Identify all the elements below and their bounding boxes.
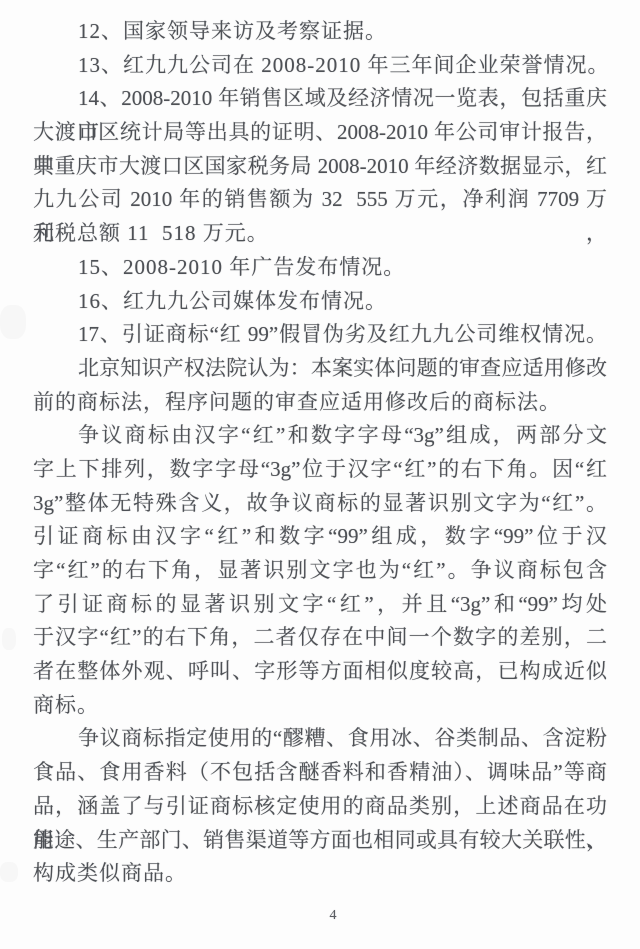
text-line: 3g”整体无特殊含义，故争议商标的显著识别文字为“红”。 — [33, 487, 607, 521]
text-line: 前的商标法，程序问题的审查应适用修改后的商标法。 — [33, 386, 607, 420]
page-number: 4 — [0, 908, 640, 924]
document-page: 12、国家领导来访及考察证据。13、红九九公司在 2008-2010 年三年间企… — [0, 0, 640, 949]
text-line: 了引证商标的显著识别文字“红”，并且“3g”和“99”均处 — [33, 588, 607, 622]
text-line: 商标。 — [33, 689, 607, 723]
text-line: 字“红”的右下角，显著识别文字也为“红”。争议商标包含 — [33, 554, 607, 588]
text-line: 大渡口区统计局等出具的证明、2008-2010 年公司审计报告，其 — [33, 116, 607, 150]
scan-smudge-artifact — [0, 862, 18, 882]
text-line: 争议商标指定使用的“醪糟、食用冰、谷类制品、含淀粉 — [33, 722, 607, 756]
text-line: 者在整体外观、呼叫、字形等方面相似度较高，已构成近似 — [33, 655, 607, 689]
text-line: 九九公司 2010 年的销售额为 32 555 万元，净利润 7709 万元， — [33, 183, 607, 217]
text-line: 引证商标由汉字“红”和数字“99”组成，数字“99”位于汉 — [33, 520, 607, 554]
text-line: 字上下排列，数字字母“3g”位于汉字“红”的右下角。因“红 — [33, 453, 607, 487]
document-text-block: 12、国家领导来访及考察证据。13、红九九公司在 2008-2010 年三年间企… — [33, 15, 607, 891]
scan-smudge-artifact — [2, 628, 16, 650]
text-line: 16、红九九公司媒体发布情况。 — [33, 285, 607, 319]
text-line: 北京知识产权法院认为：本案实体问题的审查应适用修改 — [33, 352, 607, 386]
text-line: 争议商标由汉字“红”和数字字母“3g”组成，两部分文 — [33, 419, 607, 453]
text-line: 17、引证商标“红 99”假冒伪劣及红九九公司维权情况。 — [33, 318, 607, 352]
text-line: 品，涵盖了与引证商标核定使用的商品类别，上述商品在功能、 — [33, 790, 607, 824]
text-line: 13、红九九公司在 2008-2010 年三年间企业荣誉情况。 — [33, 49, 607, 83]
text-line: 14、2008-2010 年销售区域及经济情况一览表，包括重庆市 — [33, 82, 607, 116]
text-line: 于汉字“红”的右下角，二者仅存在中间一个数字的差别，二 — [33, 621, 607, 655]
text-line: 12、国家领导来访及考察证据。 — [33, 15, 607, 49]
text-line: 中重庆市大渡口区国家税务局 2008-2010 年经济数据显示，红 — [33, 150, 607, 184]
text-line: 构成类似商品。 — [33, 857, 607, 891]
scan-smudge-artifact — [0, 305, 26, 339]
text-line: 食品、食用香料（不包括含醚香料和香精油）、调味品”等商 — [33, 756, 607, 790]
text-line: 15、2008-2010 年广告发布情况。 — [33, 251, 607, 285]
text-line: 用途、生产部门、销售渠道等方面也相同或具有较大关联性， — [33, 824, 607, 858]
